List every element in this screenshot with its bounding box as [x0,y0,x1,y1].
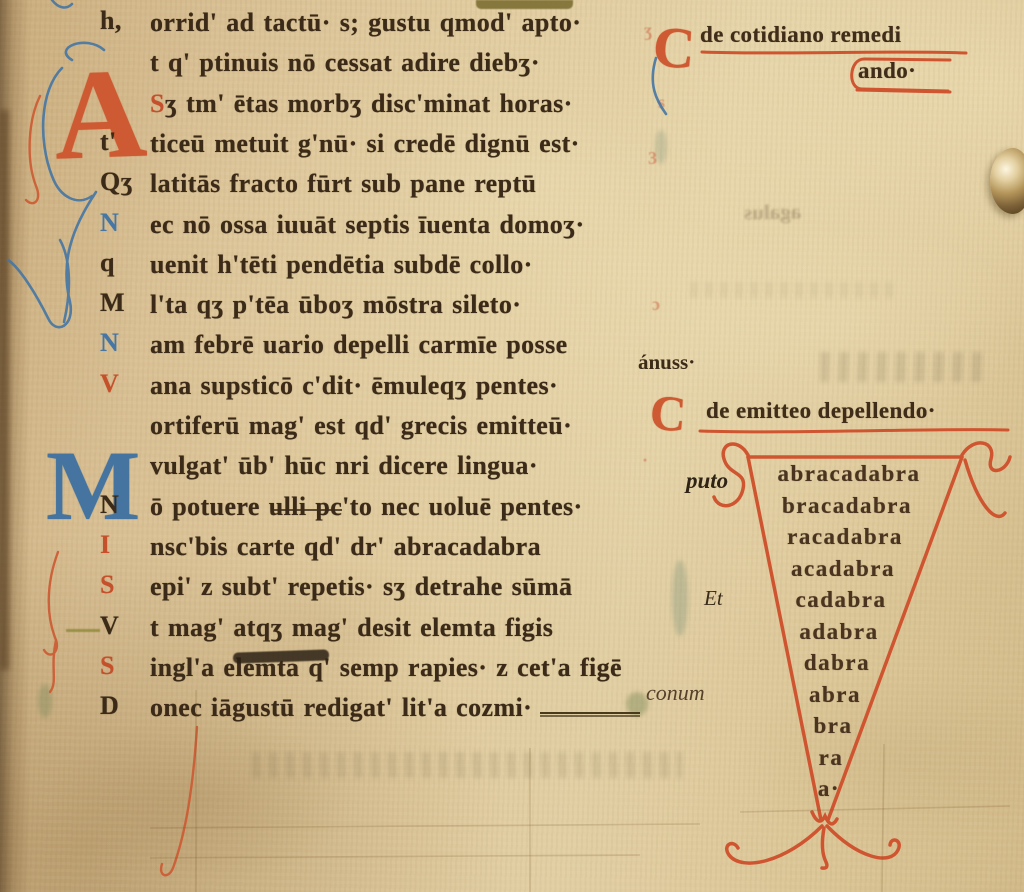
ink-showthrough-band [252,752,682,778]
binding-gutter-dark-edge [0,110,9,670]
verse-text: ortiferū mag' est qd' grecis emitteū· [150,411,572,440]
green-stain [626,692,648,716]
triangle-row: ra [819,745,844,771]
verse-initial: N [100,490,119,520]
verse-text: am febrē uario depelli carmīe posse [150,330,568,359]
verse-line: Qʒlatitās fracto fūrt sub pane reptū [150,169,536,199]
verse-line: Nō potuere ulli pc'to nec uoluē pentes· [150,492,583,522]
verse-text: uenit h'tēti pendētia subdē collo· [150,250,533,279]
verse-initial: V [100,369,119,399]
verse-initial: Qʒ [100,167,133,197]
marginal-gloss-conum: conum [646,680,705,706]
verse-initial: t' [100,127,117,157]
decorated-initial-M: M [46,436,140,536]
verse-text: epi' z subt' repetis· sʒ detrahe sūmā [150,572,572,601]
triangle-row: bracadabra [782,493,912,519]
marginal-gloss-puto: puto [686,468,728,494]
faded-guide-letter: s [658,92,665,113]
verse-initial: S [150,89,165,118]
verse-text: onec iāgustū redigat' lit'a cozmi· [150,693,532,722]
verse-line: Ml'ta qʒ p'tēa ūboʒ mōstra sileto· [150,290,521,320]
verse-initial: V [100,611,119,641]
verse-line: Nec nō ossa iuuāt septis īuenta domoʒ· [150,210,585,240]
rubric-underlines [700,52,1008,432]
marginal-gloss-anus: ánuss· [638,350,695,375]
verse-text: ingl'a elemta q' semp rapies· z cet'a fi… [150,653,622,682]
metal-page-weight [990,148,1024,214]
faded-guide-letter: · [642,450,648,471]
verse-line: vulgat' ūb' hūc nri dicere lingua· [150,451,538,481]
verse-line: Nam febrē uario depelli carmīe posse [150,330,568,360]
verse-text: t mag' atqʒ mag' desit elemta figis [150,613,553,642]
verse-line: Insc'bis carte qd' dr' abracadabra [150,532,541,562]
verse-line: Vt mag' atqʒ mag' desit elemta figis [150,613,553,643]
verse-text: ana supsticō c'dit· ēmuleqʒ pentes· [150,371,558,400]
verse-initial: q [100,248,115,278]
triangle-row: racadabra [787,524,903,550]
verse-text: latitās fracto fūrt sub pane reptū [150,169,536,198]
verse-text: l'ta qʒ p'tēa ūboʒ mōstra sileto· [150,290,521,319]
triangle-row: a· [818,776,840,802]
faded-guide-letter: ɔ [652,294,660,315]
triangle-row: abra [809,682,861,708]
verse-line: h,orrid' ad tactū· s; gustu qmod' apto· [150,8,581,38]
verse-initial: M [100,288,125,318]
rubric-paraph-mark: C [648,383,688,443]
green-stain [38,684,52,718]
underline-mark [540,712,640,714]
faded-guide-letter: 3 [648,148,657,169]
verse-initial: S [100,651,115,681]
manuscript-page: A M h,orrid' ad tactū· s; gustu qmod' ap… [0,0,1024,892]
chapter-heading-emitteo: de emitteo depellendo· [706,398,936,424]
marginal-gloss-et: Et [704,586,723,611]
verse-initial: N [100,208,119,238]
verse-initial: N [100,328,119,358]
verse-line: t q' ptinuis nō cessat adire diebʒ· [150,48,540,78]
verse-text: ec nō ossa iuuāt septis īuenta domoʒ· [150,210,585,239]
verse-text: ō potuere ulli pc'to nec uoluē pentes· [150,492,583,521]
verse-initial: I [100,530,111,560]
verse-initial: S [100,570,115,600]
verse-initial: D [100,691,119,721]
triangle-row: bra [814,713,853,739]
ink-showthrough-band [820,352,990,382]
ink-showthrough-band [690,282,900,298]
rubric-paraph-mark: C [651,13,697,83]
verse-text: ticeū metuit g'nū· si credē dignū est· [150,129,580,158]
chapter-heading-cotidiano: de cotidiano remedi [700,22,901,48]
verse-line: Donec iāgustū redigat' lit'a cozmi· [150,693,532,723]
verse-line: Singl'a elemta q' semp rapies· z cet'a f… [150,653,622,683]
verse-text: t q' ptinuis nō cessat adire diebʒ· [150,48,540,77]
verse-line: t'ticeū metuit g'nū· si credē dignū est· [150,129,580,159]
verse-text: orrid' ad tactū· s; gustu qmod' apto· [150,8,581,37]
verse-line: Vana supsticō c'dit· ēmuleqʒ pentes· [150,371,558,401]
chapter-heading-cotidiano-line2: ando· [858,58,916,84]
underline-mark [66,629,100,632]
triangle-row: cadabra [796,587,887,613]
verse-initial: h, [100,6,122,36]
verse-line: ortiferū mag' est qd' grecis emitteū· [150,411,572,441]
ink-showthrough-text: agalus [744,200,802,226]
green-stain [672,560,688,636]
faded-guide-letter: ʒ [644,20,652,41]
verse-line: Sʒ tm' ētas morbʒ disc'minat horas· [150,89,573,119]
triangle-row: acadabra [791,556,895,582]
verse-text: vulgat' ūb' hūc nri dicere lingua· [150,451,538,480]
decorated-initial-A: A [52,48,149,179]
verse-text: nsc'bis carte qd' dr' abracadabra [150,532,541,561]
triangle-row: adabra [799,619,878,645]
triangle-row: dabra [804,650,870,676]
verse-text: ʒ tm' ētas morbʒ disc'minat horas· [165,89,573,118]
verse-line: quenit h'tēti pendētia subdē collo· [150,250,533,280]
verse-line: Sepi' z subt' repetis· sʒ detrahe sūmā [150,572,572,602]
triangle-row: abracadabra [778,461,921,487]
